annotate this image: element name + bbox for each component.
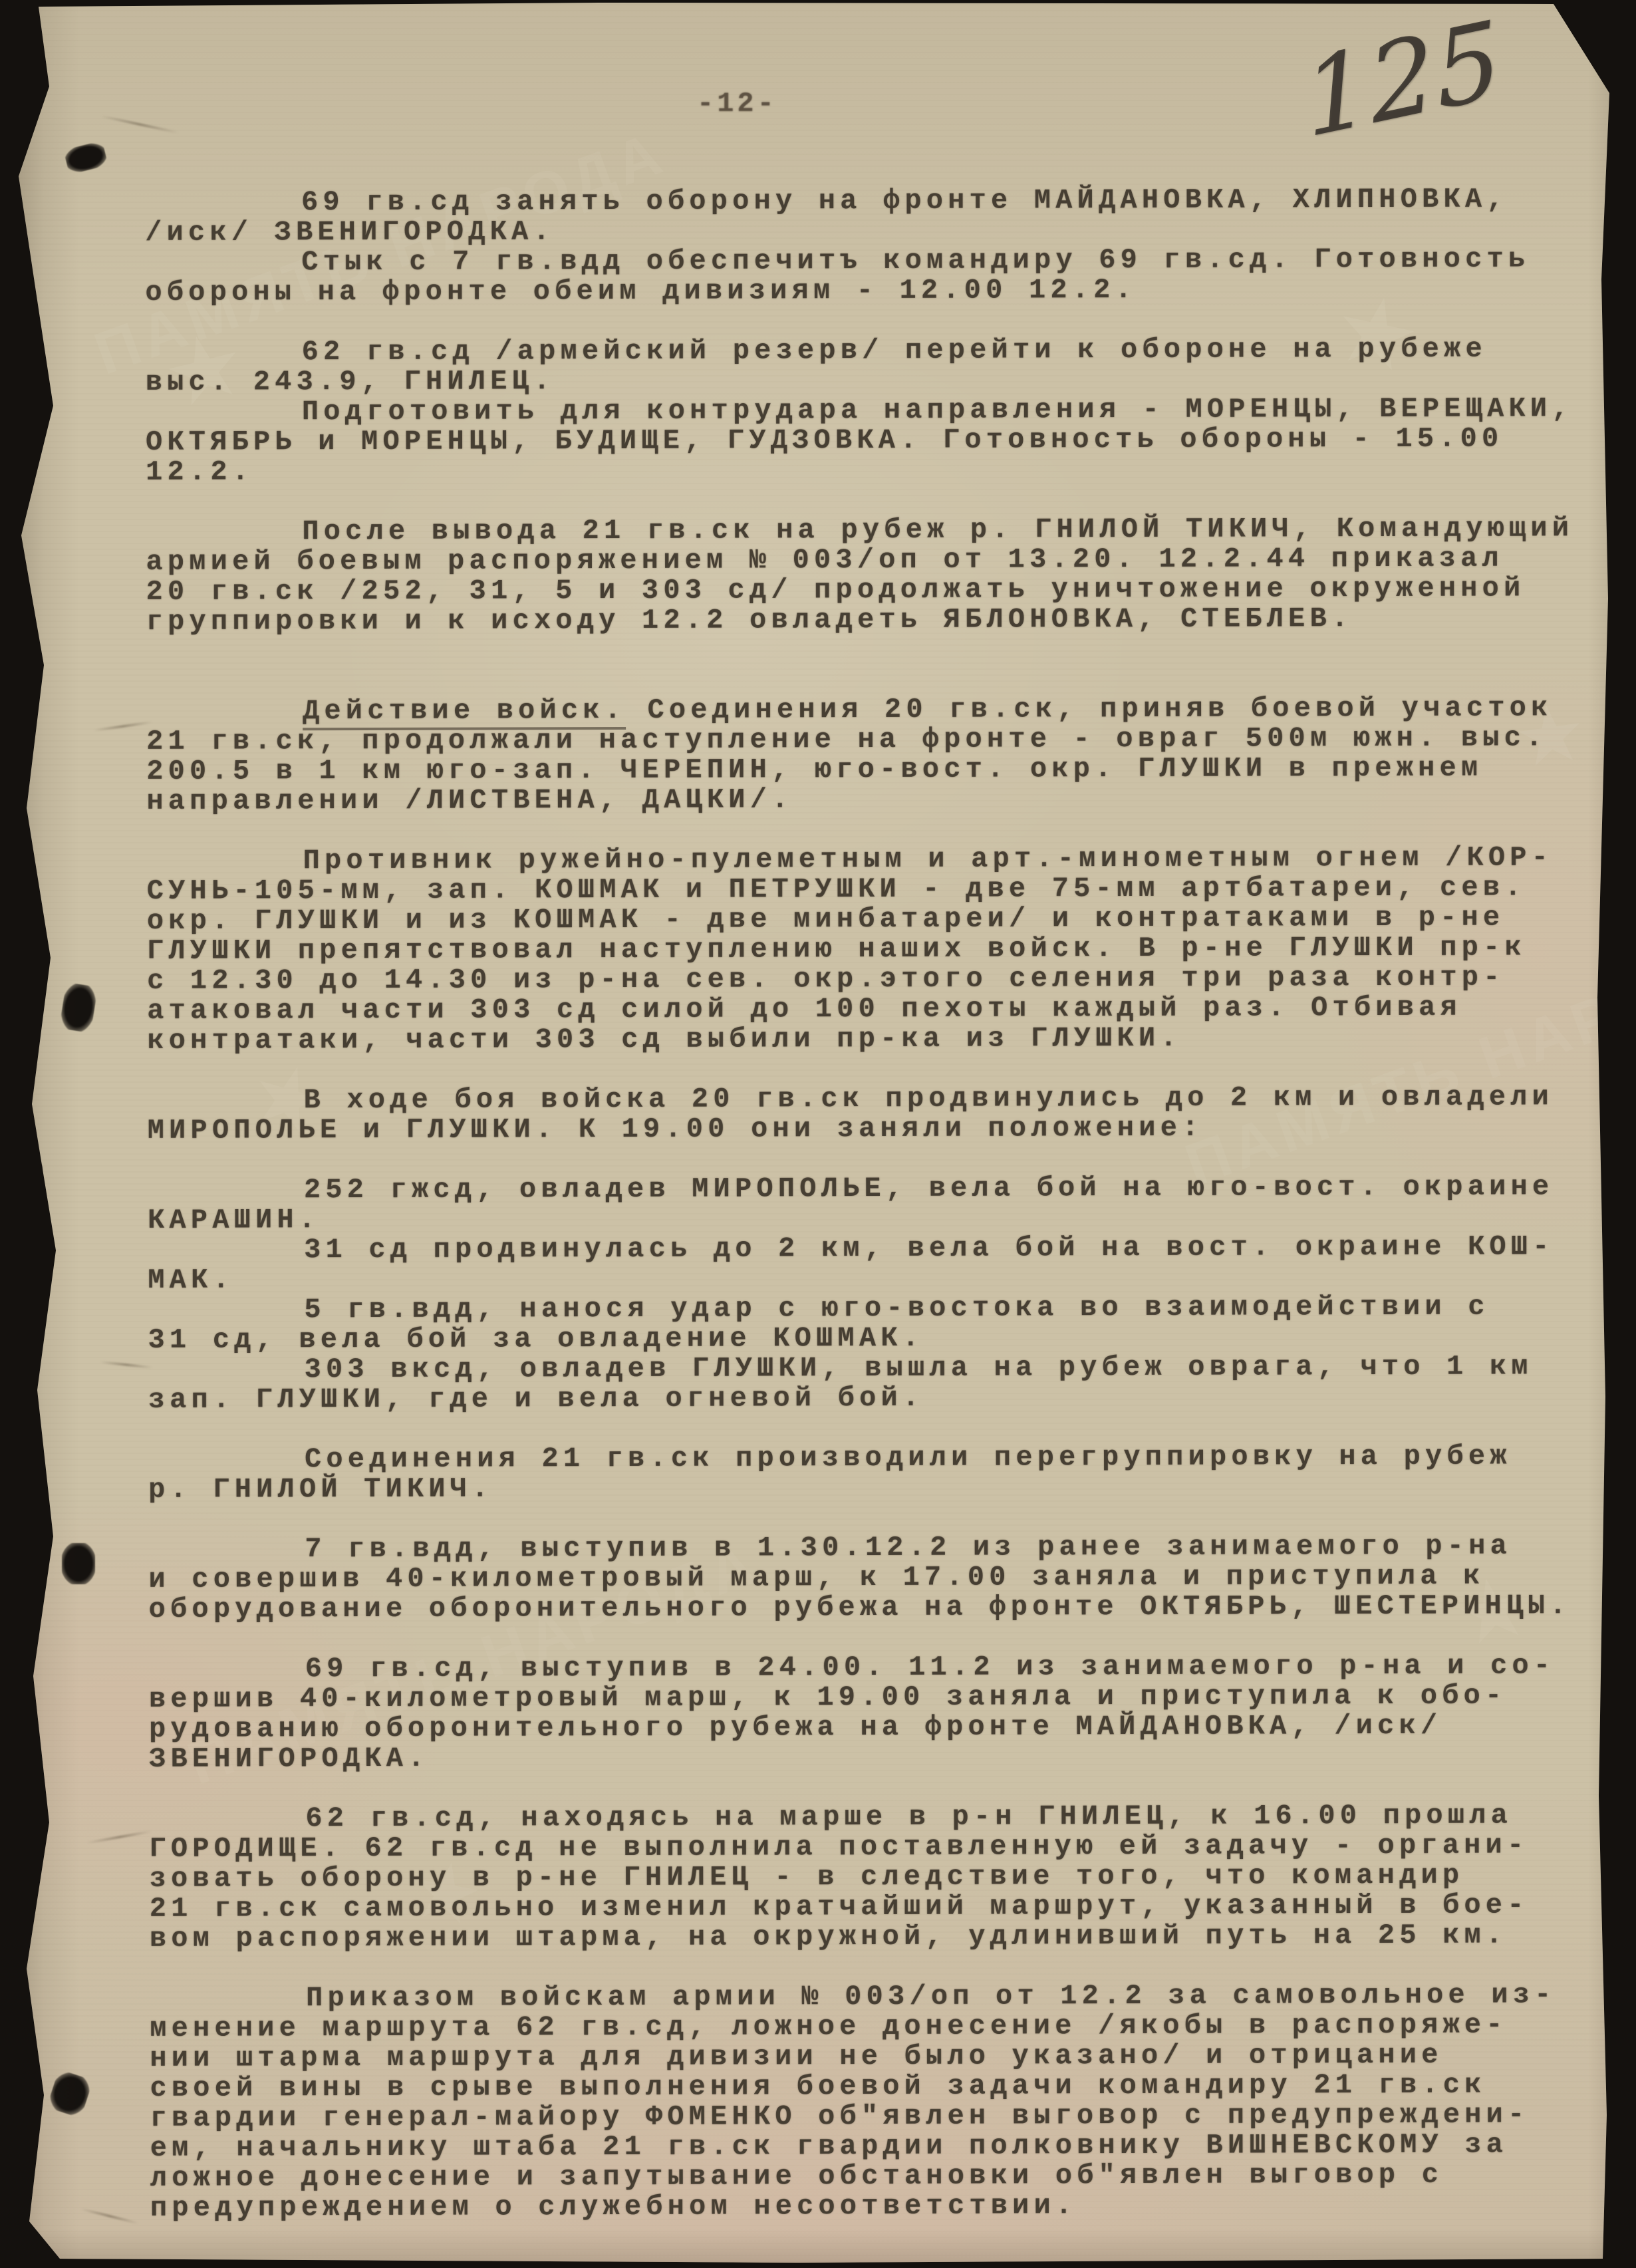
text-line: окр. ГЛУШКИ и из КОШМАК - две минбатареи… [147,901,1603,935]
text-line: МИРОПОЛЬЕ и ГЛУШКИ. К 19.00 они заняли п… [148,1111,1604,1145]
text-line: вершив 40-километровый марш, к 19.00 зан… [149,1679,1605,1713]
edge-shading [0,2221,1636,2268]
text-line: 21 гв.ск, продолжали наступление на фрон… [146,722,1603,756]
text-line: выс. 243.9, ГНИЛЕЦ. [146,362,1602,396]
paper-crease [80,2207,139,2225]
paper-crease [93,721,153,732]
text-line: с 12.30 до 14.30 из р-на сев. окр.этого … [147,961,1603,995]
text-line: 303 вксд, овладев ГЛУШКИ, вышла на рубеж… [148,1350,1605,1384]
text-line: ГОРОДИЩЕ. 62 гв.сд не выполнила поставле… [149,1829,1605,1863]
paragraph: 252 гжсд, овладев МИРОПОЛЬЕ, вела бой на… [148,1171,1604,1234]
text-line: Приказом войскам армии № 003/оп от 12.2 … [150,1979,1606,2013]
text-line: обороны на фронте обеим дивизиям - 12.00… [145,273,1601,307]
punch-hole [47,2069,93,2118]
text-line: 20 гв.ск /252, 31, 5 и 303 сд/ продолжат… [146,572,1603,606]
text-line: контратаки, части 303 сд выбили пр-ка из… [147,1021,1603,1055]
text-line: ГЛУШКИ препятствовал наступлению наших в… [147,931,1603,965]
text-line: 7 гв.вдд, выступив в 1.30.12.2 из ранее … [148,1530,1605,1564]
text-line: зап. ГЛУШКИ, где и вела огневой бой. [148,1380,1605,1414]
text-line: предупреждением о служебном несоответств… [150,2188,1607,2222]
paragraph: После вывода 21 гв.ск на рубеж р. ГНИЛОЙ… [146,512,1602,636]
text-line: оборудование оборонительного рубежа на ф… [149,1590,1605,1624]
edge-tear [20,646,41,678]
paragraph: 62 гв.сд, находясь на марше в р-н ГНИЛЕЦ… [149,1799,1606,1953]
document-text: 69 гв.сд занять оборону на фронте МАЙДАН… [145,183,1607,2222]
text-line: 21 гв.ск самовольно изменил кратчайший м… [150,1889,1606,1923]
text-line: ложное донесение и запутывание обстановк… [150,2158,1607,2192]
punch-hole [62,1543,95,1584]
text-line: р. ГНИЛОЙ ТИКИЧ. [148,1470,1605,1504]
paragraph: Приказом войскам армии № 003/оп от 12.2 … [150,1979,1607,2222]
paragraph: Подготовить для контрудара направления -… [146,392,1602,486]
text-line: ем, начальнику штаба 21 гв.ск гвардии по… [150,2128,1607,2162]
text-line: 69 гв.сд, выступив в 24.00. 11.2 из зани… [149,1649,1605,1683]
paragraph: 303 вксд, овладев ГЛУШКИ, вышла на рубеж… [148,1350,1605,1414]
text-line: гвардии генерал-майору ФОМЕНКО об"явлен … [150,2098,1607,2132]
paper-crease [100,1361,153,1369]
typed-page-number: -12- [697,88,777,120]
edge-tear [24,1159,43,1187]
paper-crease [100,115,179,134]
paragraph: 5 гв.вдд, нанося удар с юго-востока во в… [148,1290,1604,1354]
text-line: Соединения 21 гв.ск производили перегруп… [148,1440,1605,1474]
text-line: Противник ружейно-пулеметным и арт.-мино… [147,841,1603,875]
text-line: нии штарма маршрута для дивизии не было … [150,2039,1606,2072]
text-line: 200.5 в 1 км юго-зап. ЧЕРЕПИН, юго-вост.… [146,752,1603,785]
paper-crease [86,1830,152,1844]
text-line: атаковал части 303 сд силой до 100 пехот… [147,991,1603,1025]
text-line: направлении /ЛИСТВЕНА, ДАЦКИ/. [146,781,1603,815]
text-line: и совершив 40-километровый марш, к 17.00… [148,1560,1605,1594]
paragraph: Соединения 21 гв.ск производили перегруп… [148,1440,1605,1504]
text-line: 69 гв.сд занять оборону на фронте МАЙДАН… [145,183,1601,217]
punch-hole [63,140,108,174]
paragraph: Действие войск. Соединения 20 гв.ск, при… [146,692,1603,815]
text-line: 62 гв.сд /армейский резерв/ перейти к об… [146,333,1602,366]
text-line: После вывода 21 гв.ск на рубеж р. ГНИЛОЙ… [146,512,1602,546]
text-line: 252 гжсд, овладев МИРОПОЛЬЕ, вела бой на… [148,1171,1604,1205]
paragraph: В ходе боя войска 20 гв.ск продвинулись … [148,1081,1604,1145]
text-line: /иск/ ЗВЕНИГОРОДКА. [145,213,1601,247]
text-line: СУНЬ-105-мм, зап. КОШМАК и ПЕТРУШКИ - дв… [147,871,1603,905]
text-line: 31 сд, вела бой за овладение КОШМАК. [148,1320,1604,1354]
text-line: группировки и к исходу 12.2 овладеть ЯБЛ… [146,602,1603,636]
paragraph: 31 сд продвинулась до 2 км, вела бой на … [148,1230,1604,1294]
text-line: В ходе боя войска 20 гв.ск продвинулись … [148,1081,1604,1115]
paragraph: Стык с 7 гв.вдд обеспечитъ командиру 69 … [145,243,1601,307]
document-page: ★ ★ ★ ★ ★ ★ ПАМЯТЬ НАРОДА ПАМЯТЬ НАРОДА … [0,0,1636,2268]
text-line: Подготовить для контрудара направления -… [146,392,1602,426]
text-line: вом распоряжении штарма, на окружной, уд… [150,1919,1606,1953]
torn-edge-shading [0,0,80,2268]
paragraph: 69 гв.сд, выступив в 24.00. 11.2 из зани… [149,1649,1605,1773]
text-line: 62 гв.сд, находясь на марше в р-н ГНИЛЕЦ… [149,1799,1605,1833]
handwritten-page-number: 125 [1298,0,1507,162]
text-line: ЗВЕНИГОРОДКА. [149,1739,1605,1773]
text-line: 31 сд продвинулась до 2 км, вела бой на … [148,1230,1604,1264]
text-line: своей вины в срыве выполнения боевой зад… [150,2068,1606,2102]
text-line: ОКТЯБРЬ и МОРЕНЦЫ, БУДИЩЕ, ГУДЗОВКА. Гот… [146,422,1602,456]
text-line: армией боевым распоряжением № 003/оп от … [146,542,1602,576]
text-line: рудованию оборонительного рубежа на фрон… [149,1709,1605,1743]
paragraph: 7 гв.вдд, выступив в 1.30.12.2 из ранее … [148,1530,1605,1624]
text-line: зовать оборону в р-не ГНИЛЕЦ - в следств… [150,1859,1606,1893]
paragraph: 62 гв.сд /армейский резерв/ перейти к об… [146,333,1602,396]
text-line: Стык с 7 гв.вдд обеспечитъ командиру 69 … [145,243,1601,277]
text-line: 5 гв.вдд, нанося удар с юго-востока во в… [148,1290,1604,1324]
text-line: Действие войск. Соединения 20 гв.ск, при… [146,692,1603,726]
punch-hole [59,982,98,1034]
text-line: менение маршрута 62 гв.сд, ложное донесе… [150,2009,1606,2043]
paragraph: 69 гв.сд занять оборону на фронте МАЙДАН… [145,183,1601,247]
paragraph: Противник ружейно-пулеметным и арт.-мино… [147,841,1604,1055]
